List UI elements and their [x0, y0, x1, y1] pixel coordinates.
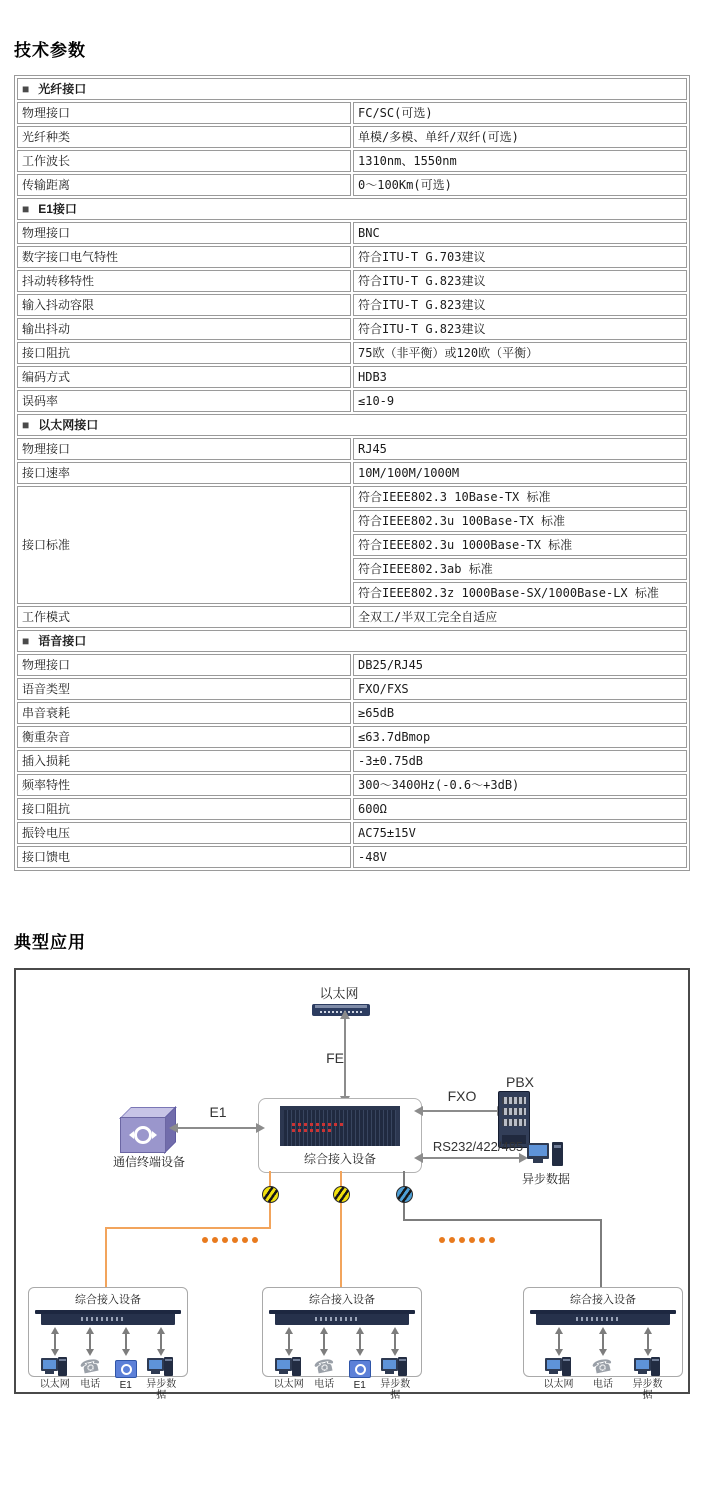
spec-value-cell: 全双工/半双工完全自适应 — [353, 606, 687, 628]
pc-icon — [40, 1357, 70, 1377]
port-label: 电话 — [308, 1379, 340, 1390]
port-column: 异步数据 — [144, 1325, 180, 1401]
spec-label-cell: 误码率 — [17, 390, 351, 412]
arrowhead-down-icon — [86, 1349, 94, 1356]
arrowhead-up-icon — [320, 1327, 328, 1334]
monitor-icon — [41, 1358, 58, 1371]
arrowhead-down-icon — [320, 1349, 328, 1356]
section-header-row: ■语音接口 — [17, 630, 687, 652]
section-header-row: ■E1接口 — [17, 198, 687, 220]
arrowhead-left-icon — [414, 1153, 423, 1163]
spec-value-cell: 符合IEEE802.3u 100Base-TX 标准 — [353, 510, 687, 532]
port-column: 异步数据 — [378, 1325, 414, 1401]
port-label: 异步数据 — [379, 1379, 411, 1401]
tower-icon — [562, 1357, 571, 1376]
monitor-icon — [381, 1358, 398, 1371]
spec-value-cell: 1310nm、1550nm — [353, 150, 687, 172]
arrowhead-down-icon — [555, 1349, 563, 1356]
spec-value-cell: ≥65dB — [353, 702, 687, 724]
e1-icon — [349, 1360, 371, 1378]
port-column: E1 — [108, 1325, 144, 1401]
port-link-arrow — [558, 1334, 560, 1349]
fxo-label: FXO — [440, 1088, 484, 1104]
spec-value-cell: -48V — [353, 846, 687, 868]
rack-unit-image — [275, 1313, 409, 1325]
port-label: 电话 — [74, 1379, 106, 1390]
port-column: 以太网 — [37, 1325, 73, 1401]
port-label: 以太网 — [39, 1379, 71, 1390]
monitor-icon — [545, 1358, 562, 1371]
arrowhead-down-icon — [356, 1349, 364, 1356]
spec-value-cell: HDB3 — [353, 366, 687, 388]
tower-icon — [292, 1357, 301, 1376]
terminal-device-icon — [120, 1107, 176, 1151]
spec-value-cell: RJ45 — [353, 438, 687, 460]
spec-label-cell: 频率特性 — [17, 774, 351, 796]
dot — [449, 1237, 455, 1243]
arrowhead-up-icon — [356, 1327, 364, 1334]
fiber-line — [105, 1227, 107, 1287]
spec-value-cell: 符合IEEE802.3z 1000Base-SX/1000Base-LX 标准 — [353, 582, 687, 604]
remote-access-device: 综合接入设备以太网☎电话E1异步数据 — [28, 1287, 188, 1377]
spec-label-cell: 接口馈电 — [17, 846, 351, 868]
rack-leds — [292, 1123, 344, 1126]
spec-table-body: ■光纤接口物理接口FC/SC(可选)光纤种类单模/多模、单纤/双纤(可选)工作波… — [17, 78, 687, 868]
arrowhead-up-icon — [86, 1327, 94, 1334]
spec-row: 语音类型FXO/FXS — [17, 678, 687, 700]
section-title: E1接口 — [38, 202, 77, 216]
spec-row: 传输距离0～100Km(可选) — [17, 174, 687, 196]
port-link-arrow — [125, 1334, 127, 1349]
spec-label-cell: 物理接口 — [17, 654, 351, 676]
spec-value-cell: 符合IEEE802.3u 1000Base-TX 标准 — [353, 534, 687, 556]
arrowhead-up-icon — [340, 1010, 350, 1019]
monitor-icon — [634, 1358, 651, 1371]
port-link-arrow — [602, 1334, 604, 1349]
monitor-icon — [527, 1143, 549, 1159]
phone-icon: ☎ — [78, 1355, 103, 1379]
section-marker-icon: ■ — [22, 79, 29, 99]
spec-label-cell: 工作波长 — [17, 150, 351, 172]
section-title: 语音接口 — [38, 634, 86, 648]
spec-label-cell: 接口标准 — [17, 486, 351, 604]
section-title: 以太网接口 — [38, 418, 98, 432]
spec-value-cell: 符合IEEE802.3 10Base-TX 标准 — [353, 486, 687, 508]
spec-value-cell: FC/SC(可选) — [353, 102, 687, 124]
spec-label-cell: 传输距离 — [17, 174, 351, 196]
fe-link-arrow — [344, 1019, 346, 1096]
cable-connector-icon — [396, 1186, 413, 1203]
section-marker-icon: ■ — [22, 199, 29, 219]
section-title: 光纤接口 — [38, 82, 86, 96]
spec-label-cell: 抖动转移特性 — [17, 270, 351, 292]
arrowhead-down-icon — [391, 1349, 399, 1356]
dot — [252, 1237, 258, 1243]
arrowhead-right-icon — [256, 1123, 265, 1133]
fiber-line — [105, 1227, 271, 1229]
spec-table: ■光纤接口物理接口FC/SC(可选)光纤种类单模/多模、单纤/双纤(可选)工作波… — [14, 75, 690, 871]
port-link-arrow — [288, 1334, 290, 1349]
cable-line — [600, 1219, 602, 1287]
arrowhead-up-icon — [122, 1327, 130, 1334]
ellipsis-dots-right — [437, 1237, 497, 1243]
tower-icon — [398, 1357, 407, 1376]
spec-value-cell: BNC — [353, 222, 687, 244]
spec-label-cell: 物理接口 — [17, 438, 351, 460]
arrowhead-up-icon — [391, 1327, 399, 1334]
port-link-arrow — [647, 1334, 649, 1349]
spec-label-cell: 工作模式 — [17, 606, 351, 628]
pc-icon — [380, 1357, 410, 1377]
section-marker-icon: ■ — [22, 415, 29, 435]
arrowhead-left-icon — [414, 1106, 423, 1116]
spec-value-cell: 符合ITU-T G.823建议 — [353, 318, 687, 340]
spec-row: 数字接口电气特性符合ITU-T G.703建议 — [17, 246, 687, 268]
e1-label: E1 — [204, 1104, 232, 1120]
port-column: 异步数据 — [630, 1325, 666, 1401]
spec-value-cell: 单模/多模、单纤/双纤(可选) — [353, 126, 687, 148]
port-label: 异步数据 — [632, 1379, 664, 1401]
section-marker-icon: ■ — [22, 631, 29, 651]
spec-value-cell: 0～100Km(可选) — [353, 174, 687, 196]
screen — [149, 1360, 162, 1369]
central-access-device-box: 综合接入设备 — [258, 1098, 422, 1173]
spec-label-cell: 接口阻抗 — [17, 798, 351, 820]
spec-row: 频率特性300～3400Hz(-0.6～+3dB) — [17, 774, 687, 796]
port-label: 以太网 — [273, 1379, 305, 1390]
dot — [469, 1237, 475, 1243]
arrowhead-up-icon — [285, 1327, 293, 1334]
remote-ports: 以太网☎电话异步数据 — [524, 1325, 682, 1401]
spec-value-cell: 符合ITU-T G.823建议 — [353, 270, 687, 292]
spec-row: 抖动转移特性符合ITU-T G.823建议 — [17, 270, 687, 292]
spec-row: 工作模式全双工/半双工完全自适应 — [17, 606, 687, 628]
arrowhead-up-icon — [51, 1327, 59, 1334]
pc-icon — [633, 1357, 663, 1377]
spec-label-cell: 插入损耗 — [17, 750, 351, 772]
section-header-cell: ■光纤接口 — [17, 78, 687, 100]
arrowhead-down-icon — [644, 1349, 652, 1356]
port-link-arrow — [89, 1334, 91, 1349]
pbx-slot — [502, 1119, 526, 1126]
port-column: 以太网 — [541, 1325, 577, 1401]
remote-device-label: 综合接入设备 — [263, 1291, 421, 1307]
spec-value-cell: 600Ω — [353, 798, 687, 820]
rack-unit-image — [41, 1313, 175, 1325]
screen — [547, 1360, 560, 1369]
port-link-arrow — [54, 1334, 56, 1349]
spec-label-cell: 衡重杂音 — [17, 726, 351, 748]
fe-label: FE — [316, 1050, 344, 1066]
spec-row: 接口标准符合IEEE802.3 10Base-TX 标准 — [17, 486, 687, 508]
spec-value-cell: FXO/FXS — [353, 678, 687, 700]
phone-icon: ☎ — [312, 1355, 337, 1379]
tower-icon — [651, 1357, 660, 1376]
spec-row: 接口阻抗600Ω — [17, 798, 687, 820]
spec-value-cell: 300～3400Hz(-0.6～+3dB) — [353, 774, 687, 796]
spec-value-cell: 符合ITU-T G.823建议 — [353, 294, 687, 316]
remote-device-label: 综合接入设备 — [524, 1291, 682, 1307]
spec-label-cell: 光纤种类 — [17, 126, 351, 148]
spec-row: 误码率≤10-9 — [17, 390, 687, 412]
pbx-label: PBX — [502, 1074, 538, 1090]
spec-label-cell: 物理接口 — [17, 102, 351, 124]
spec-label-cell: 输入抖动容限 — [17, 294, 351, 316]
screen — [43, 1360, 56, 1369]
rack-device-image — [280, 1106, 400, 1146]
terminal-device-label: 通信终端设备 — [104, 1153, 194, 1170]
dot — [489, 1237, 495, 1243]
spec-value-cell: -3±0.75dB — [353, 750, 687, 772]
port-column: ☎电话 — [307, 1325, 343, 1401]
spec-row: 衡重杂音≤63.7dBmop — [17, 726, 687, 748]
pbx-slot — [502, 1108, 526, 1115]
arrowhead-up-icon — [644, 1327, 652, 1334]
arrowhead-down-icon — [122, 1349, 130, 1356]
section-header-row: ■光纤接口 — [17, 78, 687, 100]
tower-icon — [164, 1357, 173, 1376]
arrowhead-down-icon — [51, 1349, 59, 1356]
spec-row: 振铃电压AC75±15V — [17, 822, 687, 844]
port-link-arrow — [359, 1334, 361, 1349]
spec-row: 编码方式HDB3 — [17, 366, 687, 388]
port-label: E1 — [110, 1380, 142, 1391]
screen — [636, 1360, 649, 1369]
port-link-arrow — [160, 1334, 162, 1349]
spec-value-cell: AC75±15V — [353, 822, 687, 844]
spec-value-cell: 符合IEEE802.3ab 标准 — [353, 558, 687, 580]
port-label: 电话 — [587, 1379, 619, 1390]
dot — [242, 1237, 248, 1243]
section-header-cell: ■语音接口 — [17, 630, 687, 652]
spec-row: 接口馈电-48V — [17, 846, 687, 868]
typical-apps-title: 典型应用 — [14, 928, 704, 953]
tower-icon — [58, 1357, 67, 1376]
port-link-arrow — [394, 1334, 396, 1349]
monitor-icon — [275, 1358, 292, 1371]
arrowhead-down-icon — [157, 1349, 165, 1356]
section-header-cell: ■以太网接口 — [17, 414, 687, 436]
spec-label-cell: 输出抖动 — [17, 318, 351, 340]
central-device-label: 综合接入设备 — [259, 1150, 421, 1167]
fiber-connector-icon — [333, 1186, 350, 1203]
port-column: 以太网 — [271, 1325, 307, 1401]
screen — [383, 1360, 396, 1369]
fiber-connector-icon — [262, 1186, 279, 1203]
screen — [529, 1145, 547, 1156]
port-label: E1 — [344, 1380, 376, 1391]
spec-label-cell: 编码方式 — [17, 366, 351, 388]
port-column: ☎电话 — [73, 1325, 109, 1401]
spec-row: 接口速率10M/100M/1000M — [17, 462, 687, 484]
rs232-label: RS232/422/485 — [426, 1139, 530, 1154]
port-label: 以太网 — [543, 1379, 575, 1390]
spec-value-cell: 10M/100M/1000M — [353, 462, 687, 484]
spec-value-cell: ≤10-9 — [353, 390, 687, 412]
async-data-label: 异步数据 — [516, 1170, 576, 1187]
rack-unit-image — [536, 1313, 670, 1325]
pbx-slot — [502, 1097, 526, 1104]
remote-device-label: 综合接入设备 — [29, 1291, 187, 1307]
fxo-link-arrow — [423, 1110, 497, 1112]
e1-icon — [115, 1360, 137, 1378]
spec-row: 光纤种类单模/多模、单纤/双纤(可选) — [17, 126, 687, 148]
port-label: 异步数据 — [145, 1379, 177, 1401]
remote-access-device: 综合接入设备以太网☎电话异步数据 — [523, 1287, 683, 1377]
rs232-link-arrow — [423, 1157, 519, 1159]
spec-row: 工作波长1310nm、1550nm — [17, 150, 687, 172]
spec-value-cell: DB25/RJ45 — [353, 654, 687, 676]
spec-value-cell: ≤63.7dBmop — [353, 726, 687, 748]
ethernet-label: 以太网 — [299, 983, 379, 1002]
arrowhead-left-icon — [169, 1123, 178, 1133]
switch-ring-icon — [134, 1126, 152, 1144]
pc-icon — [544, 1357, 574, 1377]
arrowhead-up-icon — [555, 1327, 563, 1334]
cable-line — [403, 1219, 602, 1221]
ellipsis-dots-left — [200, 1237, 260, 1243]
remote-access-device: 综合接入设备以太网☎电话E1异步数据 — [262, 1287, 422, 1377]
spec-row: 输入抖动容限符合ITU-T G.823建议 — [17, 294, 687, 316]
dot — [439, 1237, 445, 1243]
spec-row: 插入损耗-3±0.75dB — [17, 750, 687, 772]
spec-row: 接口阻抗75欧（非平衡）或120欧（平衡） — [17, 342, 687, 364]
port-column: E1 — [342, 1325, 378, 1401]
pc-icon — [274, 1357, 304, 1377]
section-header-cell: ■E1接口 — [17, 198, 687, 220]
spec-label-cell: 接口阻抗 — [17, 342, 351, 364]
spec-row: 物理接口FC/SC(可选) — [17, 102, 687, 124]
dot — [202, 1237, 208, 1243]
async-terminal-icon — [527, 1142, 565, 1169]
spec-value-cell: 符合ITU-T G.703建议 — [353, 246, 687, 268]
dot — [479, 1237, 485, 1243]
spec-label-cell: 接口速率 — [17, 462, 351, 484]
section-header-row: ■以太网接口 — [17, 414, 687, 436]
spec-row: 物理接口RJ45 — [17, 438, 687, 460]
dot — [212, 1237, 218, 1243]
spec-label-cell: 振铃电压 — [17, 822, 351, 844]
spec-label-cell: 物理接口 — [17, 222, 351, 244]
spec-label-cell: 数字接口电气特性 — [17, 246, 351, 268]
spec-row: 输出抖动符合ITU-T G.823建议 — [17, 318, 687, 340]
arrowhead-down-icon — [285, 1349, 293, 1356]
tower-icon — [552, 1142, 563, 1166]
port-column: ☎电话 — [585, 1325, 621, 1401]
pc-icon — [146, 1357, 176, 1377]
arrowhead-up-icon — [157, 1327, 165, 1334]
remote-ports: 以太网☎电话E1异步数据 — [263, 1325, 421, 1401]
spec-label-cell: 语音类型 — [17, 678, 351, 700]
phone-icon: ☎ — [591, 1355, 616, 1379]
screen — [277, 1360, 290, 1369]
application-diagram: 以太网 FE 综合接入设备 通信终端设备 E1 FXO PBX RS232/42… — [14, 968, 690, 1394]
arrowhead-up-icon — [599, 1327, 607, 1334]
port-link-arrow — [323, 1334, 325, 1349]
spec-row: 物理接口DB25/RJ45 — [17, 654, 687, 676]
spec-label-cell: 串音衰耗 — [17, 702, 351, 724]
tech-params-title: 技术参数 — [14, 0, 704, 61]
spec-value-cell: 75欧（非平衡）或120欧（平衡） — [353, 342, 687, 364]
dot — [232, 1237, 238, 1243]
dot — [222, 1237, 228, 1243]
remote-ports: 以太网☎电话E1异步数据 — [29, 1325, 187, 1401]
rack-leds — [292, 1129, 332, 1132]
spec-row: 串音衰耗≥65dB — [17, 702, 687, 724]
e1-link-arrow — [178, 1127, 256, 1129]
dot — [459, 1237, 465, 1243]
spec-row: 物理接口BNC — [17, 222, 687, 244]
monitor-icon — [147, 1358, 164, 1371]
